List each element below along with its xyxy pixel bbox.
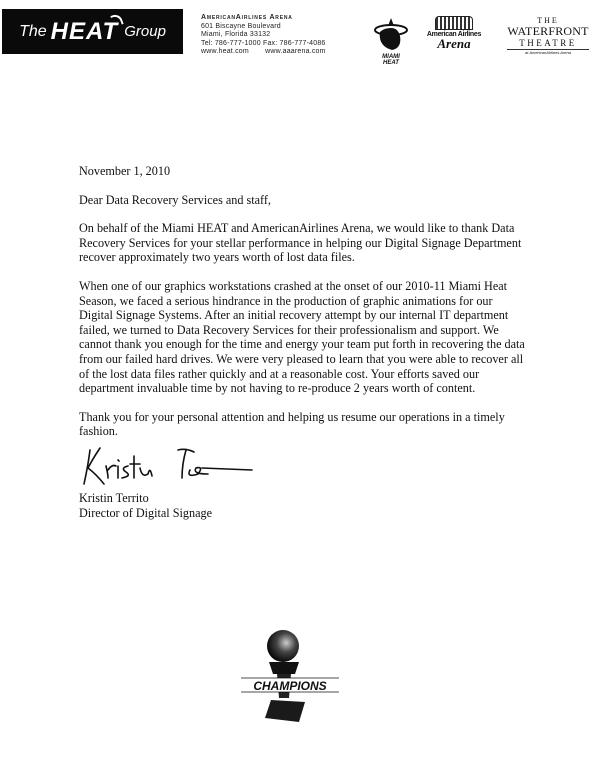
paragraph-2: When one of our graphics workstations cr… (79, 279, 529, 396)
handwritten-signature-icon (82, 444, 262, 490)
website-arena: www.aaarena.com (265, 48, 326, 55)
champ-text: CHAMPIONS (253, 679, 326, 693)
signer-name: Kristin Territo (79, 491, 212, 506)
phone-fax: Tel: 786-777-1000 Fax: 786-777-4086 (201, 40, 326, 49)
street-address: 601 Biscayne Boulevard (201, 23, 326, 32)
websites: www.heat.com www.aaarena.com (201, 48, 326, 57)
svg-text:HEAT: HEAT (383, 60, 400, 66)
city-address: Miami, Florida 33132 (201, 31, 326, 40)
logo-group: Group (124, 23, 166, 40)
logo-the: The (19, 23, 47, 41)
wf-theatre: THEATRE (507, 38, 589, 48)
heat-group-logo: The HEAT Group (2, 9, 183, 54)
venue-name: AmericanAirlines Arena (201, 14, 326, 23)
letter-body: November 1, 2010 Dear Data Recovery Serv… (79, 164, 529, 453)
wf-name: WATERFRONT (507, 25, 589, 38)
paragraph-3: Thank you for your personal attention an… (79, 410, 529, 439)
aa-arena-logo: American Airlines Arena (424, 16, 484, 64)
salutation: Dear Data Recovery Services and staff, (79, 193, 529, 208)
letter-date: November 1, 2010 (79, 164, 529, 179)
miami-heat-logo-icon: MIAMI HEAT (370, 14, 412, 66)
championship-trophy-logo-icon: CHAMPIONS (225, 630, 345, 730)
waterfront-theatre-logo: THE WATERFRONT THEATRE at AmericanAirlin… (507, 16, 589, 56)
letterhead-address: AmericanAirlines Arena 601 Biscayne Boul… (201, 14, 326, 57)
wf-subtitle: at AmericanAirlines Arena (507, 49, 589, 56)
website-heat: www.heat.com (201, 48, 249, 55)
aa-logo-arena: Arena (424, 38, 484, 50)
signer-title: Director of Digital Signage (79, 506, 212, 521)
arena-building-icon (435, 16, 473, 30)
paragraph-1: On behalf of the Miami HEAT and American… (79, 221, 529, 265)
logo-heat: HEAT (51, 18, 119, 46)
signer-block: Kristin Territo Director of Digital Sign… (79, 491, 212, 520)
